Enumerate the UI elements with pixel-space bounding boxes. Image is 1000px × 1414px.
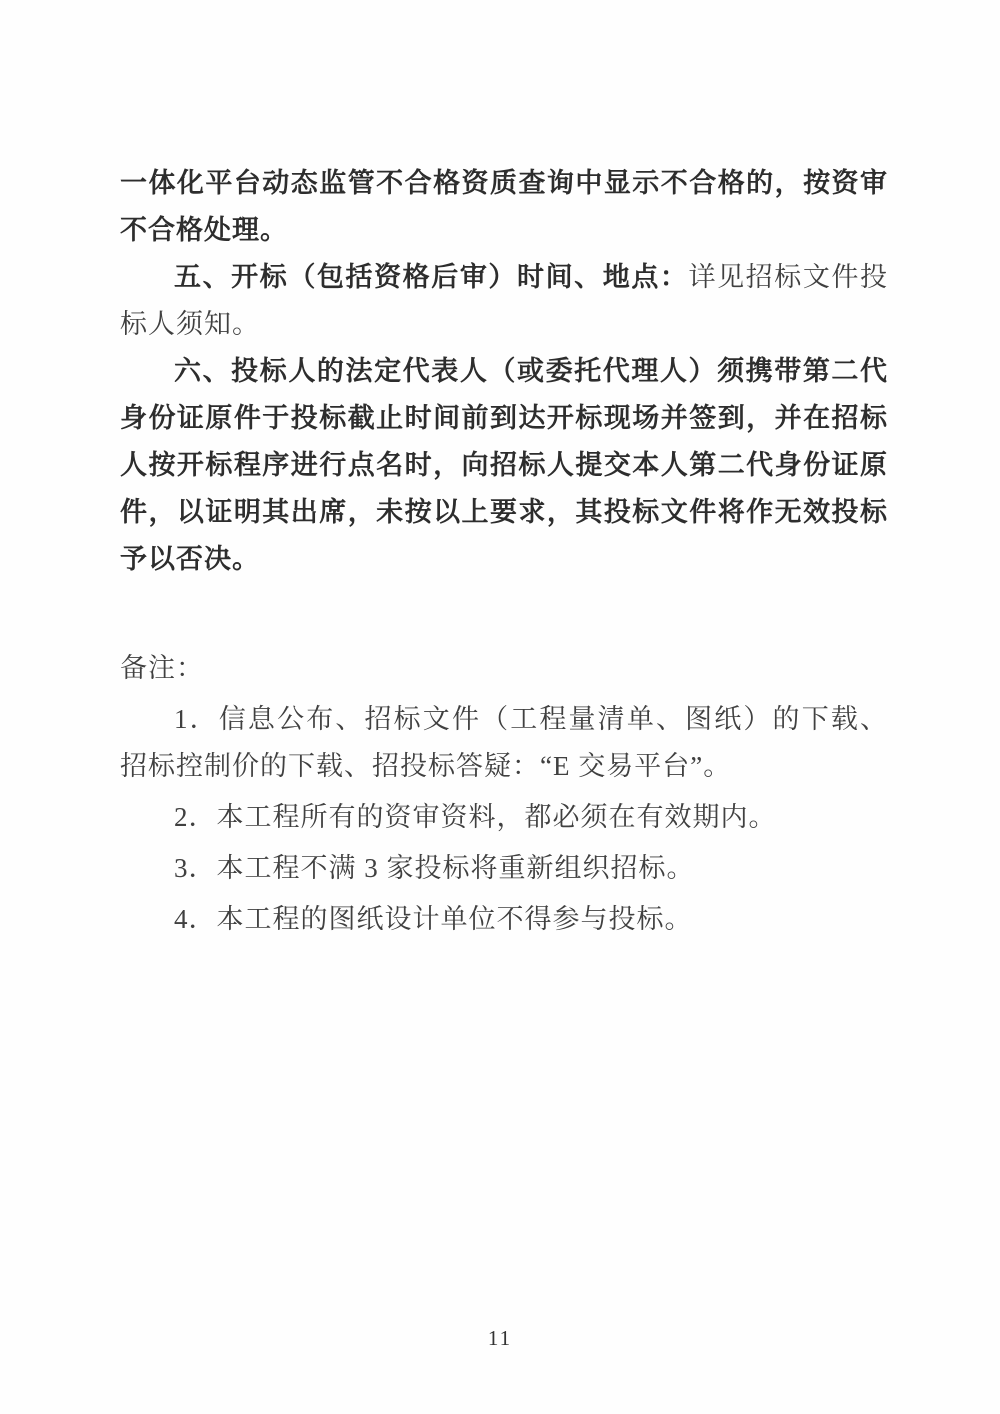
remark-item-4: 4．本工程的图纸设计单位不得参与投标。	[120, 896, 888, 943]
remark-item-3: 3．本工程不满 3 家投标将重新组织招标。	[120, 845, 888, 892]
paragraph-qualification-review: 一体化平台动态监管不合格资质查询中显示不合格的，按资审不合格处理。	[120, 160, 888, 254]
document-page: 一体化平台动态监管不合格资质查询中显示不合格的，按资审不合格处理。 五、开标（包…	[0, 0, 1000, 1414]
page-number: 11	[0, 1326, 1000, 1351]
remark-item-2: 2．本工程所有的资审资料，都必须在有效期内。	[120, 794, 888, 841]
paragraph-item5-bid-opening: 五、开标（包括资格后审）时间、地点：详见招标文件投标人须知。	[120, 254, 888, 348]
document-content: 一体化平台动态监管不合格资质查询中显示不合格的，按资审不合格处理。 五、开标（包…	[120, 160, 888, 943]
item5-heading: 五、开标（包括资格后审）时间、地点：	[174, 262, 689, 292]
remarks-section: 备注： 1．信息公布、招标文件（工程量清单、图纸）的下载、招标控制价的下载、招投…	[120, 645, 888, 943]
remark-item-1: 1．信息公布、招标文件（工程量清单、图纸）的下载、招标控制价的下载、招投标答疑：…	[120, 696, 888, 790]
remarks-label: 备注：	[120, 645, 888, 692]
paragraph-item6-legal-representative: 六、投标人的法定代表人（或委托代理人）须携带第二代身份证原件于投标截止时间前到达…	[120, 348, 888, 583]
